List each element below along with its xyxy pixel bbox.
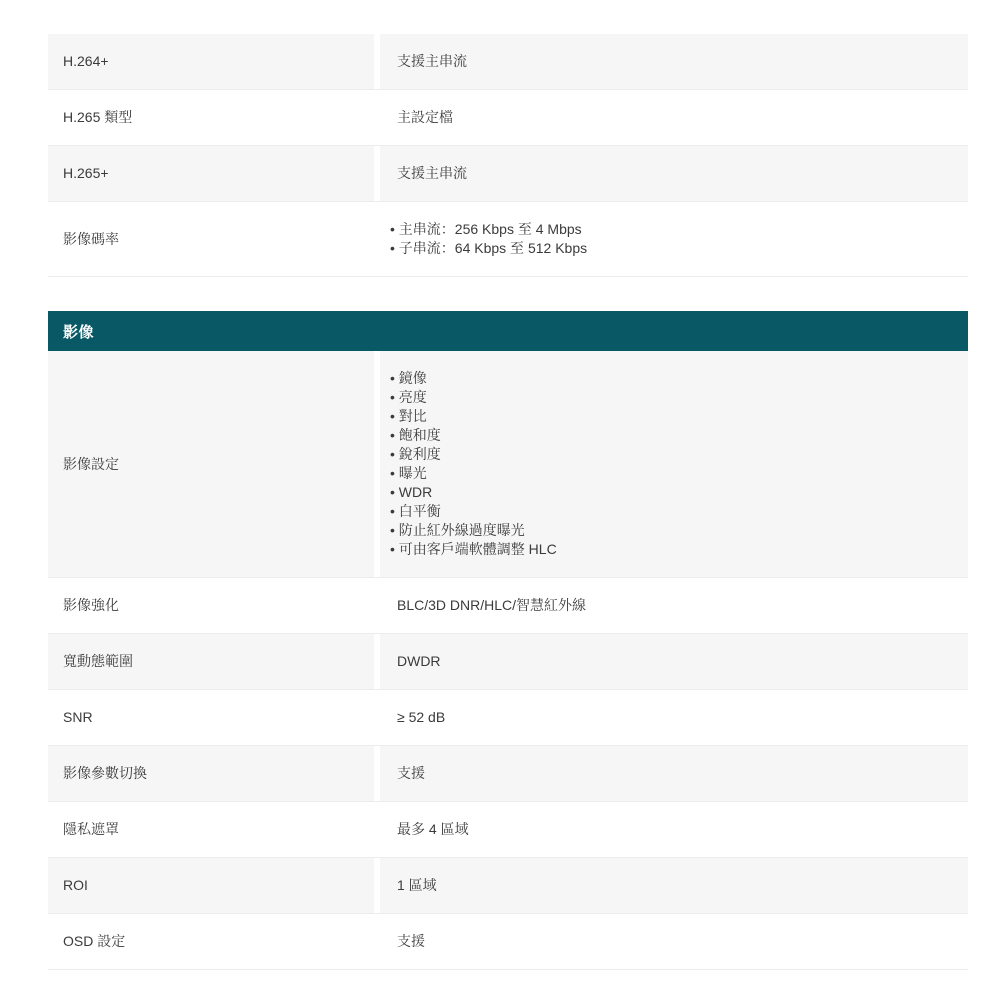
spec-label: 寬動態範圍	[48, 634, 374, 689]
spec-row: H.265 類型 主設定檔	[48, 90, 968, 146]
spec-row: 影像設定 • 鏡像• 亮度• 對比• 飽和度• 銳利度• 曝光• WDR• 白平…	[48, 351, 968, 578]
spec-value: BLC/3D DNR/HLC/智慧紅外線	[380, 578, 968, 633]
spec-row: 隱私遮罩 最多 4 區域	[48, 802, 968, 858]
spec-row: SNR ≥ 52 dB	[48, 690, 968, 746]
spec-row: 影像碼率 • 主串流：256 Kbps 至 4 Mbps• 子串流：64 Kbp…	[48, 202, 968, 277]
value-line: BLC/3D DNR/HLC/智慧紅外線	[397, 596, 956, 615]
value-line: • 鏡像	[390, 369, 956, 388]
spec-value: 主設定檔	[380, 90, 968, 145]
spec-label: 影像設定	[48, 351, 374, 577]
value-line: DWDR	[397, 652, 956, 671]
value-lines: 支援	[397, 764, 956, 783]
spec-value: DWDR	[380, 634, 968, 689]
spec-row: 影像參數切換 支援	[48, 746, 968, 802]
value-line: • 飽和度	[390, 426, 956, 445]
value-line: 支援主串流	[397, 164, 956, 183]
spec-label: OSD 設定	[48, 914, 374, 969]
spec-label: H.265+	[48, 146, 374, 201]
spec-row: OSD 設定 支援	[48, 914, 968, 970]
value-line: 最多 4 區域	[397, 820, 956, 839]
value-line: • 曝光	[390, 464, 956, 483]
spec-label: 影像碼率	[48, 202, 374, 276]
spec-value: 支援	[380, 746, 968, 801]
value-lines: 主設定檔	[397, 108, 956, 127]
value-line: 主設定檔	[397, 108, 956, 127]
spec-value: 最多 4 區域	[380, 802, 968, 857]
spec-label: 隱私遮罩	[48, 802, 374, 857]
section-header: 影像	[48, 311, 968, 351]
value-line: 支援	[397, 932, 956, 951]
spec-value: 1 區域	[380, 858, 968, 913]
value-line: ≥ 52 dB	[397, 708, 956, 727]
value-line: • 亮度	[390, 388, 956, 407]
spec-label: H.264+	[48, 34, 374, 89]
spec-row: 寬動態範圍 DWDR	[48, 634, 968, 690]
value-line: • 防止紅外線過度曝光	[390, 521, 956, 540]
value-lines: 支援	[397, 932, 956, 951]
value-line: • WDR	[390, 483, 956, 502]
value-lines: 1 區域	[397, 876, 956, 895]
spec-section: 影像 影像設定 • 鏡像• 亮度• 對比• 飽和度• 銳利度• 曝光• WDR•…	[48, 311, 968, 970]
value-lines: DWDR	[397, 652, 956, 671]
spec-value: • 主串流：256 Kbps 至 4 Mbps• 子串流：64 Kbps 至 5…	[380, 202, 968, 276]
spec-value: 支援主串流	[380, 146, 968, 201]
spec-label: SNR	[48, 690, 374, 745]
spec-label: ROI	[48, 858, 374, 913]
spec-row: H.264+ 支援主串流	[48, 34, 968, 90]
spec-label: H.265 類型	[48, 90, 374, 145]
spec-label: 影像強化	[48, 578, 374, 633]
value-lines: • 主串流：256 Kbps 至 4 Mbps• 子串流：64 Kbps 至 5…	[390, 220, 956, 258]
value-line: • 銳利度	[390, 445, 956, 464]
spec-value: 支援	[380, 914, 968, 969]
value-lines: BLC/3D DNR/HLC/智慧紅外線	[397, 596, 956, 615]
value-line: • 子串流：64 Kbps 至 512 Kbps	[390, 239, 956, 258]
spec-label: 影像參數切換	[48, 746, 374, 801]
value-lines: • 鏡像• 亮度• 對比• 飽和度• 銳利度• 曝光• WDR• 白平衡• 防止…	[390, 369, 956, 559]
value-lines: 支援主串流	[397, 164, 956, 183]
spec-row: ROI 1 區域	[48, 858, 968, 914]
spec-section: H.264+ 支援主串流 H.265 類型 主設定檔 H.265+ 支援主串流 …	[48, 34, 968, 277]
spec-row: H.265+ 支援主串流	[48, 146, 968, 202]
value-lines: 支援主串流	[397, 52, 956, 71]
spec-value: 支援主串流	[380, 34, 968, 89]
spec-value: ≥ 52 dB	[380, 690, 968, 745]
value-line: 支援主串流	[397, 52, 956, 71]
value-line: • 可由客戶端軟體調整 HLC	[390, 540, 956, 559]
spec-table: H.264+ 支援主串流 H.265 類型 主設定檔 H.265+ 支援主串流 …	[48, 34, 968, 970]
value-line: • 主串流：256 Kbps 至 4 Mbps	[390, 220, 956, 239]
value-lines: 最多 4 區域	[397, 820, 956, 839]
value-line: 支援	[397, 764, 956, 783]
spec-row: 影像強化 BLC/3D DNR/HLC/智慧紅外線	[48, 578, 968, 634]
value-line: • 對比	[390, 407, 956, 426]
value-line: 1 區域	[397, 876, 956, 895]
page: H.264+ 支援主串流 H.265 類型 主設定檔 H.265+ 支援主串流 …	[0, 0, 1000, 1000]
section-title: 影像	[63, 321, 94, 342]
value-line: • 白平衡	[390, 502, 956, 521]
value-lines: ≥ 52 dB	[397, 708, 956, 727]
spec-value: • 鏡像• 亮度• 對比• 飽和度• 銳利度• 曝光• WDR• 白平衡• 防止…	[380, 351, 968, 577]
